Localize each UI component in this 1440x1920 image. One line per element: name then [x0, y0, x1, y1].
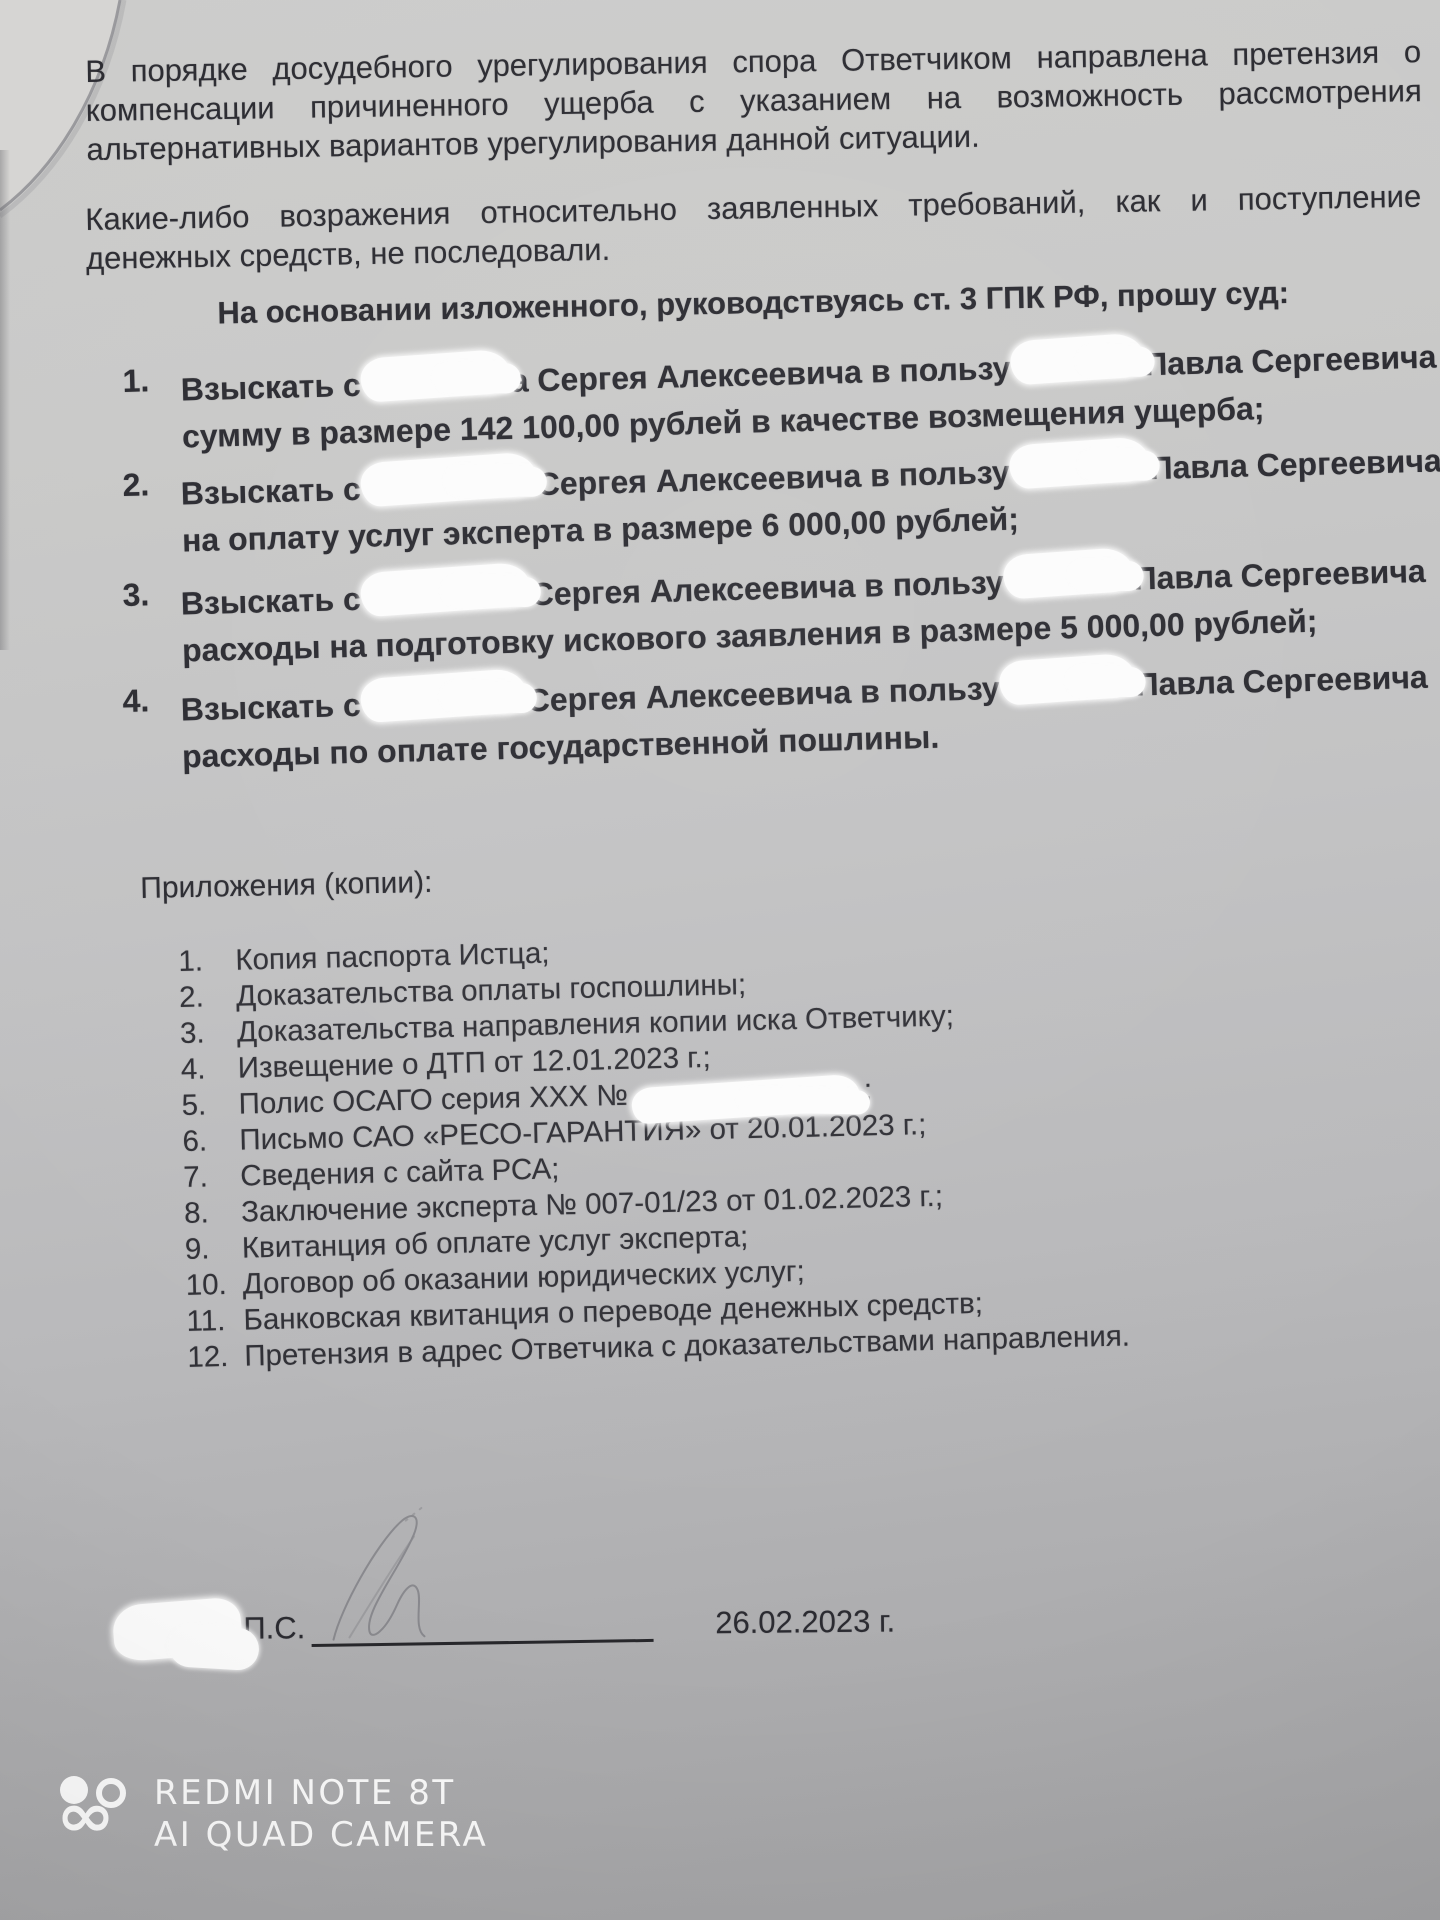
attachments-heading: Приложения (копии): [140, 866, 433, 906]
claim-tail: Павла Сергеевича [1144, 334, 1437, 389]
paragraph-no-objections: Какие-либо возражения относительно заявл… [85, 177, 1422, 278]
handwritten-signature [301, 1505, 533, 1648]
redaction-blob [359, 668, 528, 723]
camera-watermark: ∞ REDMI NOTE 8T AI QUAD CAMERA [58, 1772, 488, 1856]
claim-tail: Павла Сергеевича [1133, 548, 1426, 603]
claim-number: 3. [122, 570, 183, 675]
redaction-blob [359, 562, 532, 618]
petition-intro-line: На основании изложенного, руководствуясь… [85, 272, 1421, 334]
claim-document-body: В порядке досудебного урегулирования спо… [0, 0, 1440, 1920]
claim-lead: Взыскать с [180, 682, 361, 734]
redaction-blob [359, 451, 538, 507]
claim-lead: Взыскать с [180, 362, 361, 414]
infinity-icon: ∞ [56, 1786, 115, 1846]
redaction-blob [359, 349, 512, 403]
watermark-camera-label: AI QUAD CAMERA [154, 1814, 488, 1856]
claim-tail: Павла Сергеевича [1149, 437, 1440, 492]
attachments-list: 1.Копия паспорта Истца; 2.Доказательства… [178, 919, 1288, 1376]
redaction-blob [1002, 547, 1135, 600]
document-date: 26.02.2023 г. [715, 1602, 895, 1642]
claim-number: 1. [122, 356, 183, 461]
redaction-blob [1008, 436, 1151, 490]
claim-lead: Взыскать с [180, 576, 361, 628]
redaction-blob [998, 653, 1137, 706]
signature-row: П.С. 26.02.2023 г. [113, 1582, 1113, 1648]
redaction-blob-signer-name [111, 1596, 243, 1662]
claim-lead: Взыскать с [180, 466, 361, 518]
xiaomi-quad-camera-icon: ∞ [58, 1772, 132, 1850]
redaction-blob [1009, 332, 1146, 385]
claim-tail: Павла Сергеевича [1135, 654, 1428, 709]
document-photo: В порядке досудебного урегулирования спо… [0, 0, 1440, 1920]
paragraph-pretrial-settlement: В порядке досудебного урегулирования спо… [85, 32, 1423, 169]
claim-number: 2. [122, 460, 183, 565]
watermark-device-name: REDMI NOTE 8T [154, 1772, 488, 1814]
claim-number: 4. [122, 676, 183, 781]
signature-line [311, 1603, 654, 1647]
